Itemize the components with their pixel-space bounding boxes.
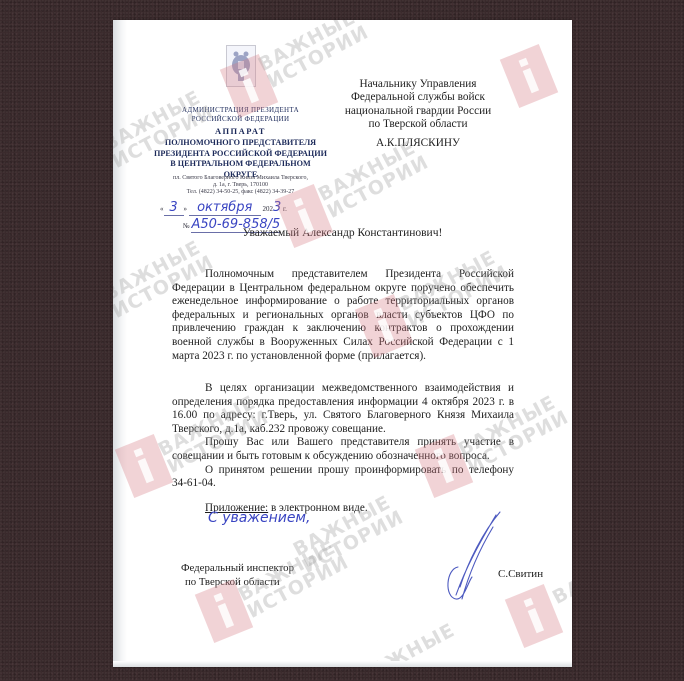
signatory-name: С.Свитин xyxy=(498,568,543,580)
watermark-logo-icon xyxy=(500,44,558,108)
phone-fax-line: Тел. (4822) 34-50-25, факс (4822) 34-39-… xyxy=(153,189,328,196)
signatory-title-line: Федеральный инспектор xyxy=(181,562,294,576)
addressee-line: национальной гвардии России xyxy=(333,105,503,118)
quote-close: » xyxy=(184,205,188,213)
addressee-line: Федеральной службы войск xyxy=(333,91,503,104)
letter-body: Полномочным представителем Президента Ро… xyxy=(172,268,514,363)
date-year-abbr: г. xyxy=(283,205,287,213)
handwritten-regards: С уважением, xyxy=(208,510,310,526)
date-year-suffix: 3 xyxy=(273,200,281,215)
body-paragraph: О принятом решении прошу проинформироват… xyxy=(172,464,514,491)
body-paragraph: Прошу Вас или Вашего представителя приня… xyxy=(172,436,514,463)
address-line: д. 1а, г. Тверь, 170100 xyxy=(153,182,328,189)
apparat-heading: АППАРАТ xyxy=(153,126,328,136)
office-line: ПОЛНОМОЧНОГО ПРЕДСТАВИТЕЛЯ xyxy=(153,138,328,149)
addressee-line: по Тверской области xyxy=(333,118,503,131)
signatory-title-line: по Тверской области xyxy=(181,576,294,590)
watermark-text: ВАЖНЫЕ xyxy=(355,621,458,667)
address-line: пл. Святого Благоверного Князя Михаила Т… xyxy=(153,175,328,182)
document-date: «3» октября 2023 г. xyxy=(160,200,287,216)
watermark-text: ВАЖНЫЕ xyxy=(550,541,572,608)
date-month: октября xyxy=(189,200,261,216)
addressee-line: Начальнику Управления xyxy=(333,78,503,91)
watermark-logo-icon xyxy=(505,584,563,648)
signatory-title: Федеральный инспектор по Тверской област… xyxy=(181,562,294,589)
office-heading: ПОЛНОМОЧНОГО ПРЕДСТАВИТЕЛЯ ПРЕЗИДЕНТА РО… xyxy=(153,138,328,180)
letter-body-continued: В целях организации межведомственного вз… xyxy=(172,382,514,491)
body-paragraph: Полномочным представителем Президента Ро… xyxy=(172,268,514,363)
watermark-logo-icon xyxy=(115,434,173,498)
date-day: 3 xyxy=(164,200,184,216)
administration-heading: АДМИНИСТРАЦИЯ ПРЕЗИДЕНТА РОССИЙСКОЙ ФЕДЕ… xyxy=(153,106,328,124)
addressee-block: Начальнику Управления Федеральной службы… xyxy=(333,78,503,132)
administration-line: АДМИНИСТРАЦИЯ ПРЕЗИДЕНТА xyxy=(153,106,328,115)
body-paragraph: В целях организации межведомственного вз… xyxy=(172,382,514,436)
addressee-name: А.К.ПЛЯСКИНУ xyxy=(333,137,503,149)
handwritten-signature-icon xyxy=(438,507,508,602)
administration-line: РОССИЙСКОЙ ФЕДЕРАЦИИ xyxy=(153,115,328,124)
office-line: ПРЕЗИДЕНТА РОССИЙСКОЙ ФЕДЕРАЦИИ xyxy=(153,149,328,160)
date-year-prefix: 202 xyxy=(263,205,274,213)
coat-of-arms-icon xyxy=(226,45,256,87)
letterhead-address: пл. Святого Благоверного Князя Михаила Т… xyxy=(153,175,328,196)
document-page: АДМИНИСТРАЦИЯ ПРЕЗИДЕНТА РОССИЙСКОЙ ФЕДЕ… xyxy=(113,20,572,667)
salutation: Уважаемый Александр Константинович! xyxy=(113,227,572,239)
